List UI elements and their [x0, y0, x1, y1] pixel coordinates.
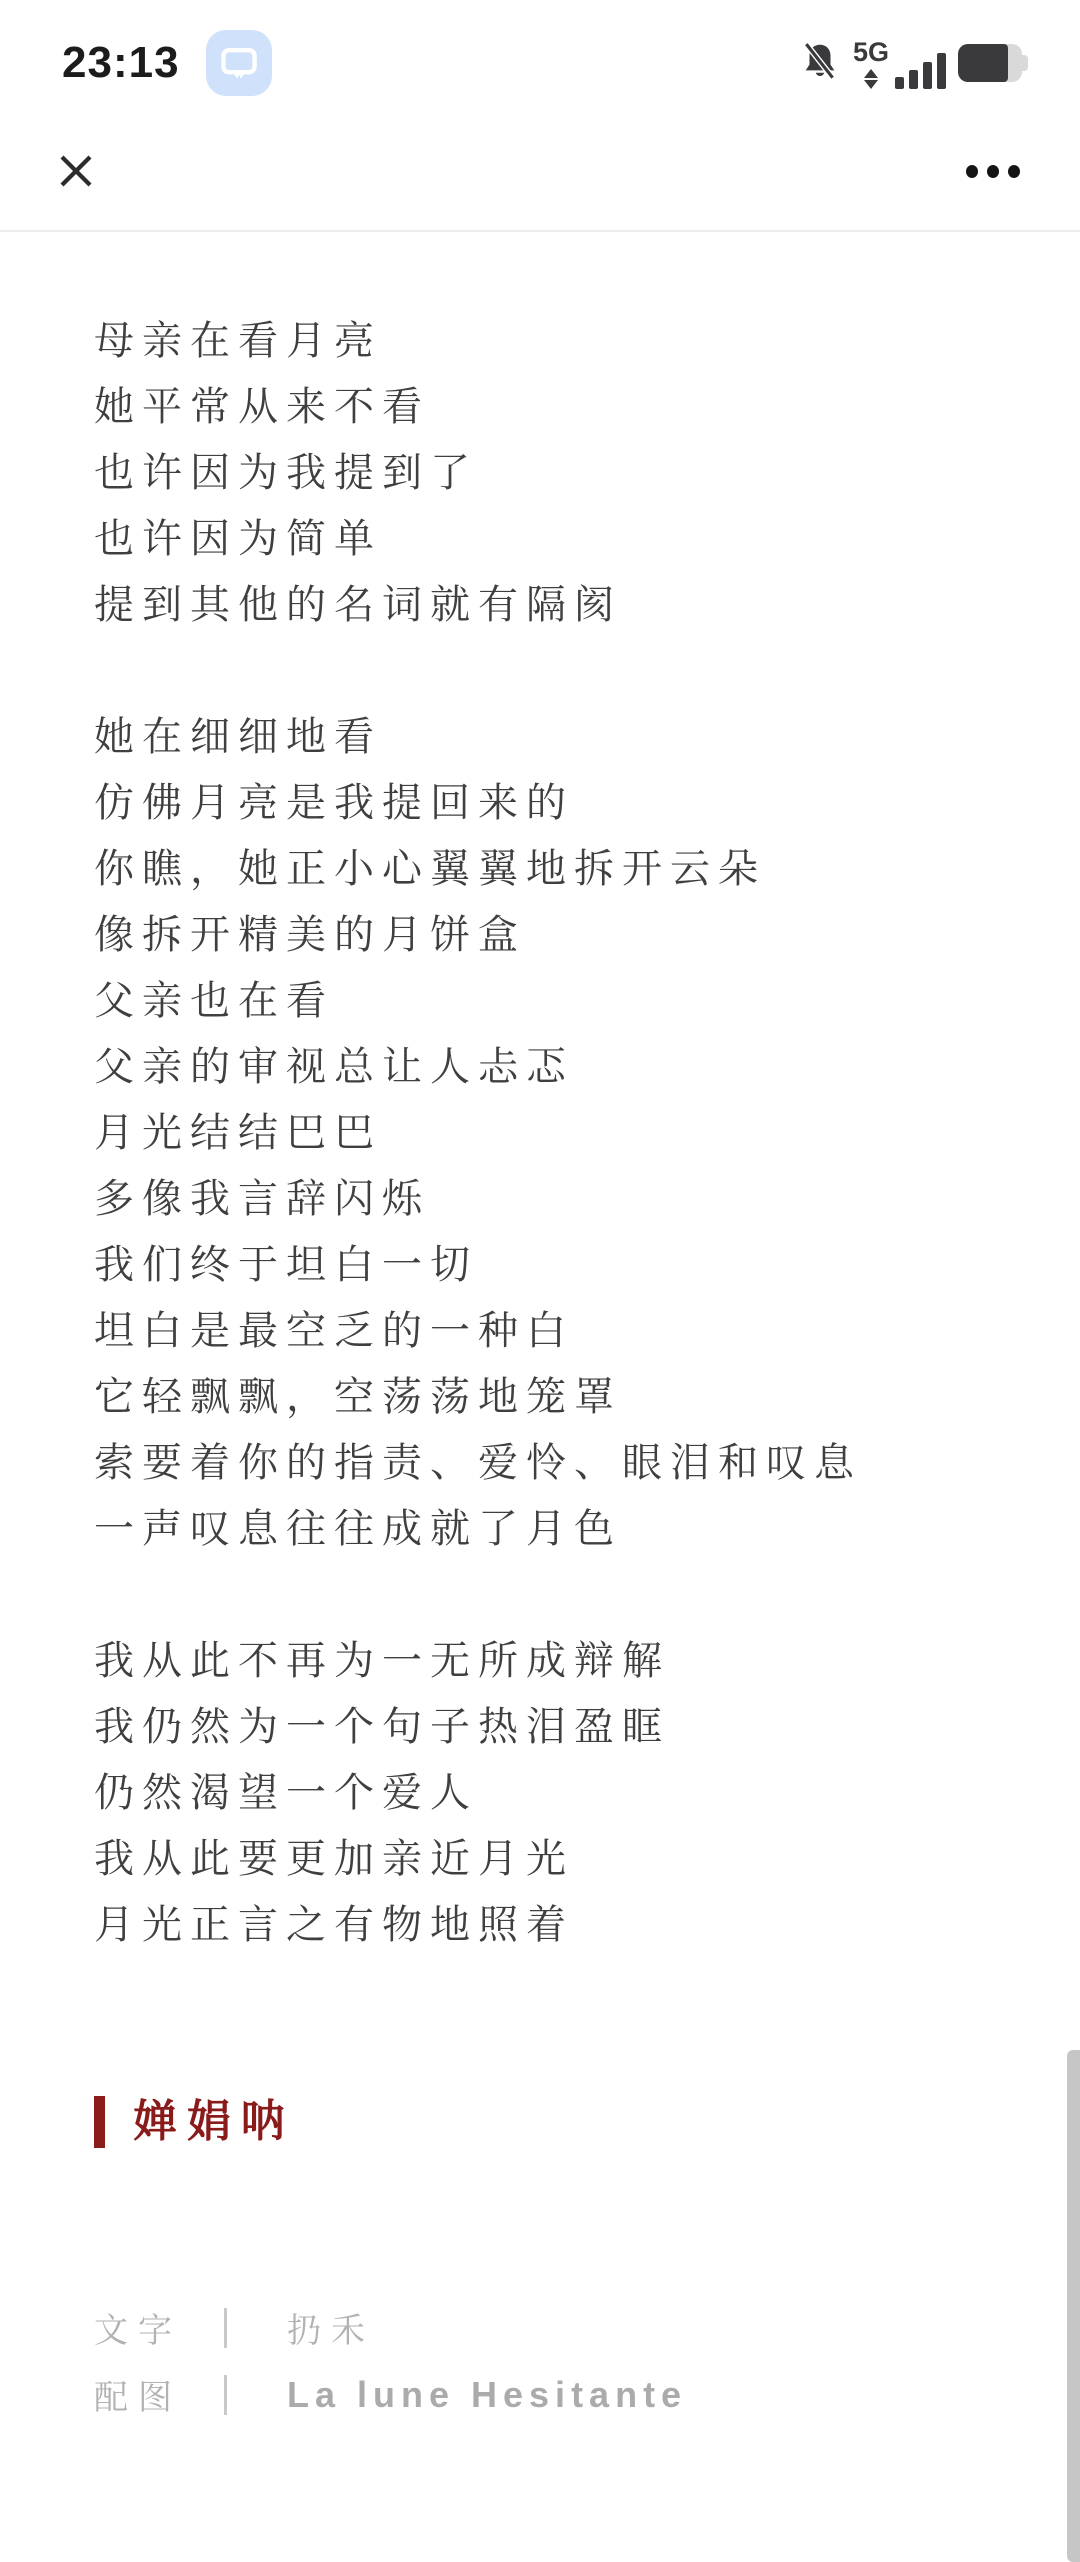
signal-bars-icon [895, 49, 946, 89]
credit-value: 扔禾 [287, 2303, 375, 2352]
data-activity-arrows-icon [864, 69, 878, 89]
credit-value: La lune Hesitante [287, 2374, 687, 2416]
credit-row-image: 配图 La lune Hesitante [94, 2361, 990, 2428]
ellipsis-icon [987, 165, 999, 178]
clock-time: 23:13 [62, 38, 180, 88]
more-menu-button[interactable] [962, 155, 1024, 188]
poem-stanza-3: 我从此不再为一无所成辩解 我仍然为一个句子热泪盈眶 仍然渴望一个爱人 我从此要更… [94, 1628, 990, 1958]
divider-pipe [224, 2375, 227, 2415]
poem-line: 月光正言之有物地照着 [94, 1892, 990, 1958]
poem-title-block: 婵娟呐 [94, 2092, 990, 2152]
close-button[interactable] [54, 149, 98, 193]
poem-line: 仿佛月亮是我提回来的 [94, 770, 990, 836]
scrollbar-thumb[interactable] [1067, 2050, 1080, 2562]
poem-line: 提到其他的名词就有隔阂 [94, 572, 990, 638]
poem-line: 仍然渴望一个爱人 [94, 1760, 990, 1826]
credit-label: 文字 [94, 2303, 224, 2352]
credits-block: 文字 扔禾 配图 La lune Hesitante [94, 2294, 990, 2428]
poem-stanza-2: 她在细细地看 仿佛月亮是我提回来的 你瞧，她正小心翼翼地拆开云朵 像拆开精美的月… [94, 704, 990, 1562]
poem-line: 她平常从来不看 [94, 374, 990, 440]
article-nav-bar [0, 112, 1080, 232]
poem-line: 也许因为我提到了 [94, 440, 990, 506]
poem-line: 一声叹息往往成就了月色 [94, 1496, 990, 1562]
poem-line: 你瞧，她正小心翼翼地拆开云朵 [94, 836, 990, 902]
poem-line: 它轻飘飘，空荡荡地笼罩 [94, 1364, 990, 1430]
poem-title: 婵娟呐 [133, 2092, 295, 2152]
teal-dashed-underline-text: 坦白是最空乏的一种白 [94, 1309, 574, 1361]
divider-pipe [224, 2308, 227, 2348]
wechat-float-window-icon [206, 30, 272, 96]
credit-label: 配图 [94, 2370, 224, 2419]
poem-line-underlined: 坦白是最空乏的一种白 [94, 1298, 990, 1364]
poem-line: 母亲在看月亮 [94, 308, 990, 374]
poem-line: 我从此不再为一无所成辩解 [94, 1628, 990, 1694]
ellipsis-icon [1008, 165, 1020, 178]
poem-line: 我们终于坦白一切 [94, 1232, 990, 1298]
poem-line: 多像我言辞闪烁 [94, 1166, 990, 1232]
status-bar: 23:13 5G [0, 0, 1080, 112]
poem-line: 索要着你的指责、爱怜、眼泪和叹息 [94, 1430, 990, 1496]
credit-row-text: 文字 扔禾 [94, 2294, 990, 2361]
close-icon [55, 150, 97, 192]
bell-muted-icon [799, 40, 841, 86]
poem-line: 我仍然为一个句子热泪盈眶 [94, 1694, 990, 1760]
poem-line: 像拆开精美的月饼盒 [94, 902, 990, 968]
poem-line: 她在细细地看 [94, 704, 990, 770]
network-type: 5G [853, 38, 889, 89]
title-accent-bar [94, 2096, 105, 2148]
poem-line: 父亲的审视总让人忐忑 [94, 1034, 990, 1100]
status-icons-right: 5G [799, 38, 1022, 89]
ellipsis-icon [966, 165, 978, 178]
monitor-glyph [217, 41, 261, 85]
article-body: 母亲在看月亮 她平常从来不看 也许因为我提到了 也许因为简单 提到其他的名词就有… [0, 232, 1080, 2428]
battery-icon [958, 44, 1022, 82]
poem-line: 父亲也在看 [94, 968, 990, 1034]
network-type-label: 5G [853, 38, 889, 66]
poem-line: 我从此要更加亲近月光 [94, 1826, 990, 1892]
poem-line: 月光结结巴巴 [94, 1100, 990, 1166]
network-cluster: 5G [853, 38, 946, 89]
poem-line: 也许因为简单 [94, 506, 990, 572]
poem-stanza-1: 母亲在看月亮 她平常从来不看 也许因为我提到了 也许因为简单 提到其他的名词就有… [94, 308, 990, 638]
